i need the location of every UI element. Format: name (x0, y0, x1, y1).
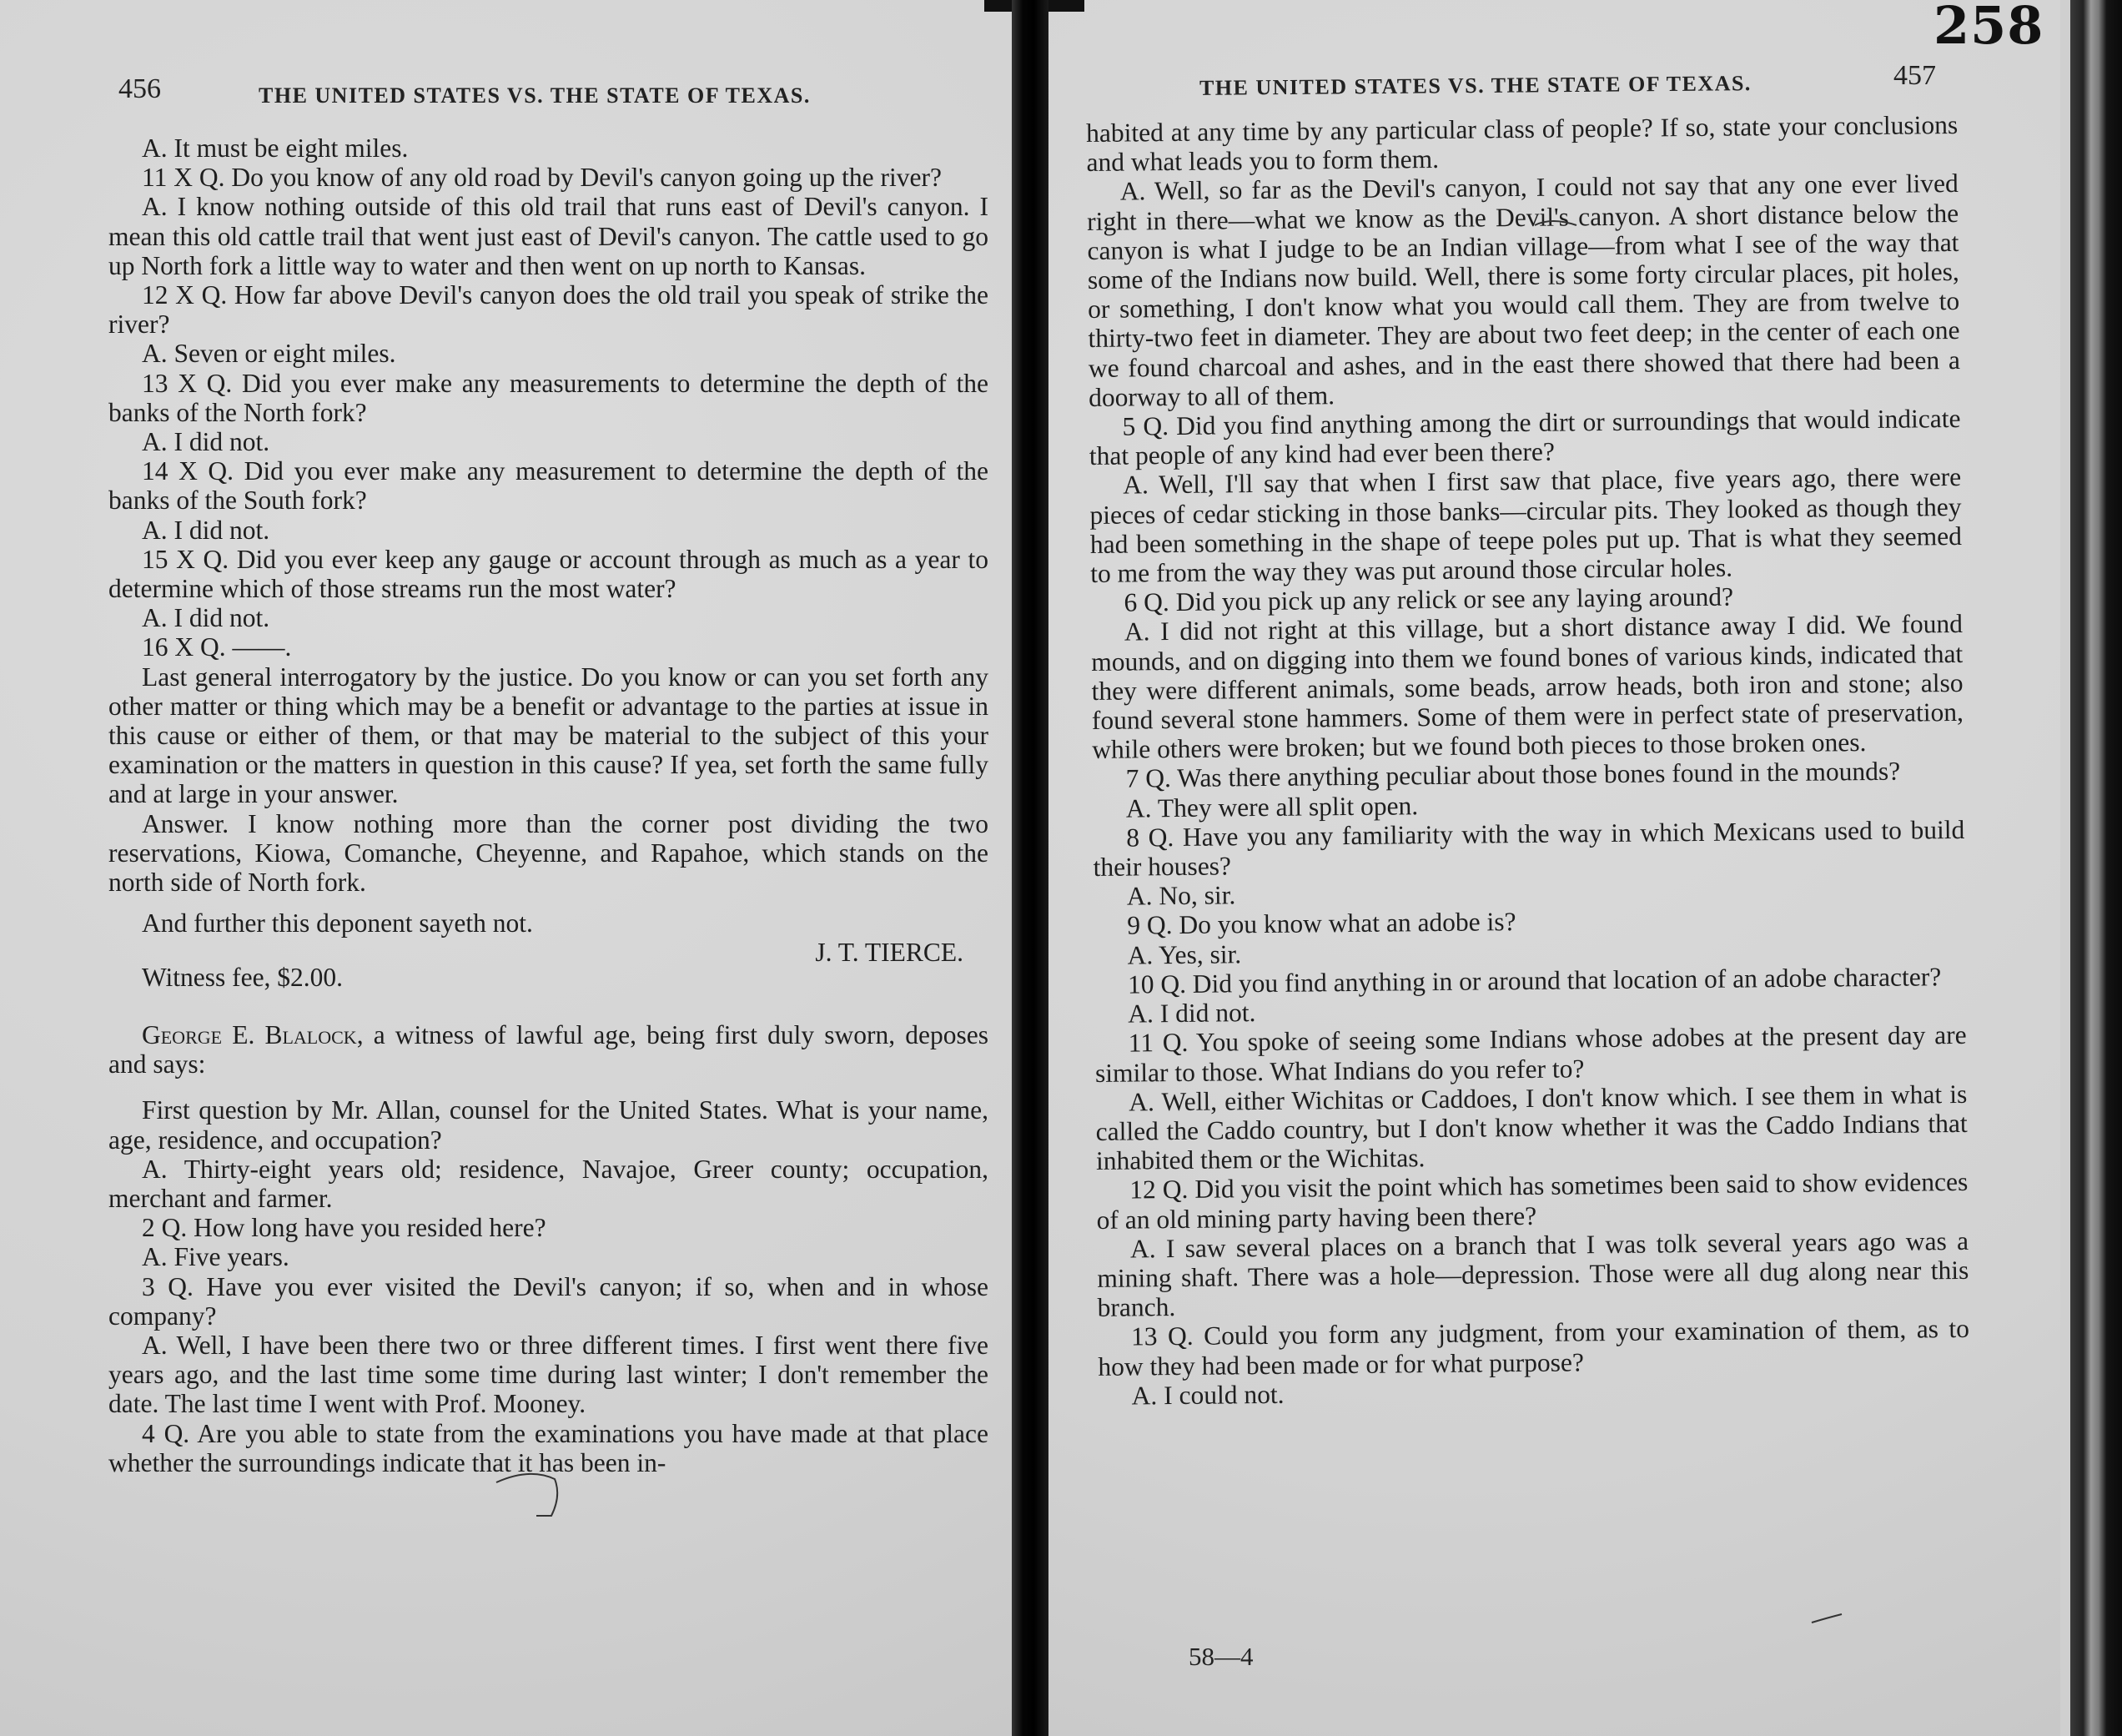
pencil-annotations (0, 0, 2122, 1736)
